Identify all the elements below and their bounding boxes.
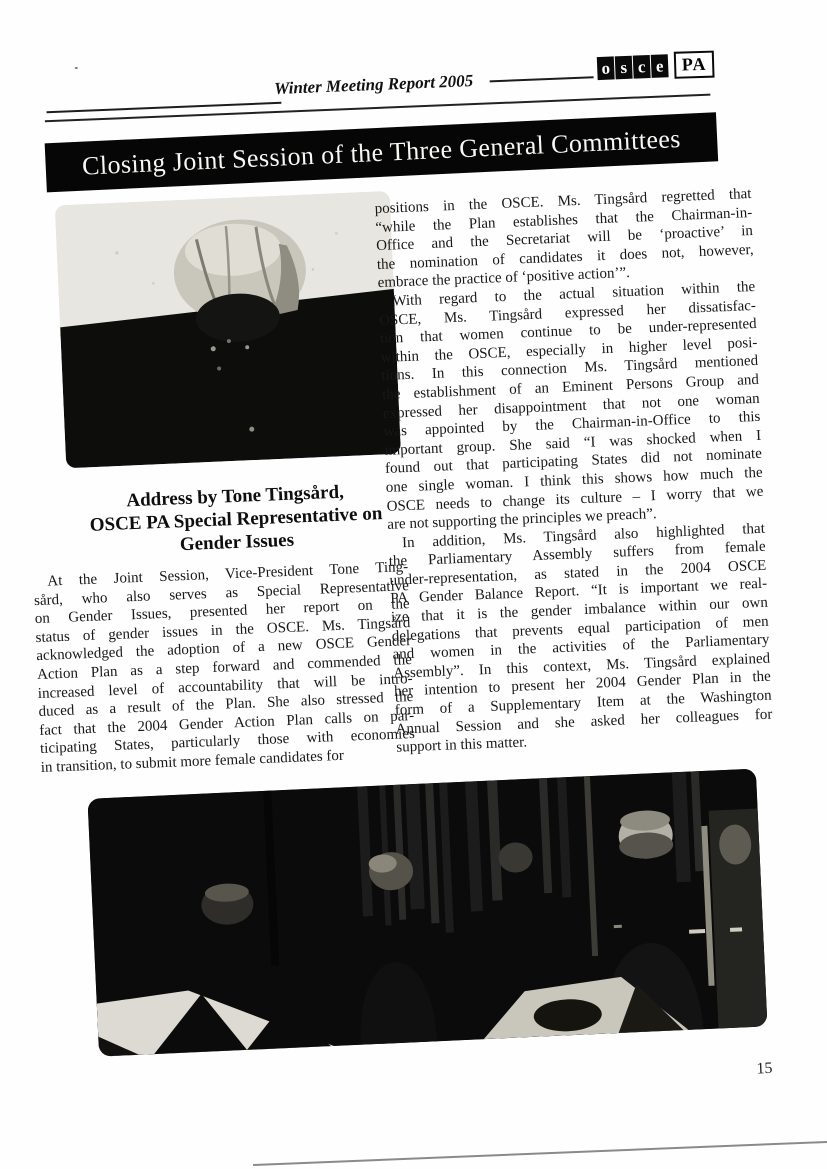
logo-letter-tile: e	[651, 54, 669, 78]
logo-letter-tile: o	[597, 56, 615, 80]
section-title: Closing Joint Session of the Three Gener…	[81, 123, 681, 181]
header-rule-right	[490, 76, 594, 82]
speaker-photo	[55, 191, 401, 468]
right-column: positions in the OSCE. Ms. Tingsård regr…	[374, 185, 773, 757]
session-photo	[87, 769, 767, 1057]
page-number: 15	[756, 1060, 773, 1079]
scan-tilt-wrapper: Winter Meeting Report 2005 o s c e PA Cl…	[0, 0, 827, 1168]
logo-letter-tile: s	[615, 56, 633, 80]
left-column: At the Joint Session, Vice-President Ton…	[33, 558, 416, 777]
scan-speck	[75, 67, 78, 69]
report-title: Winter Meeting Report 2005	[253, 70, 494, 100]
logo-letter-tile: c	[633, 55, 651, 79]
speaker-photo-graphic	[55, 191, 401, 468]
scanned-report-page: Winter Meeting Report 2005 o s c e PA Cl…	[0, 0, 827, 1169]
section-title-banner: Closing Joint Session of the Three Gener…	[45, 112, 719, 192]
osce-pa-logo: o s c e PA	[597, 50, 715, 82]
session-photo-graphic	[87, 769, 767, 1057]
logo-pa-box: PA	[674, 51, 715, 79]
photo-caption: Address by Tone Tingsård, OSCE PA Specia…	[45, 477, 427, 561]
